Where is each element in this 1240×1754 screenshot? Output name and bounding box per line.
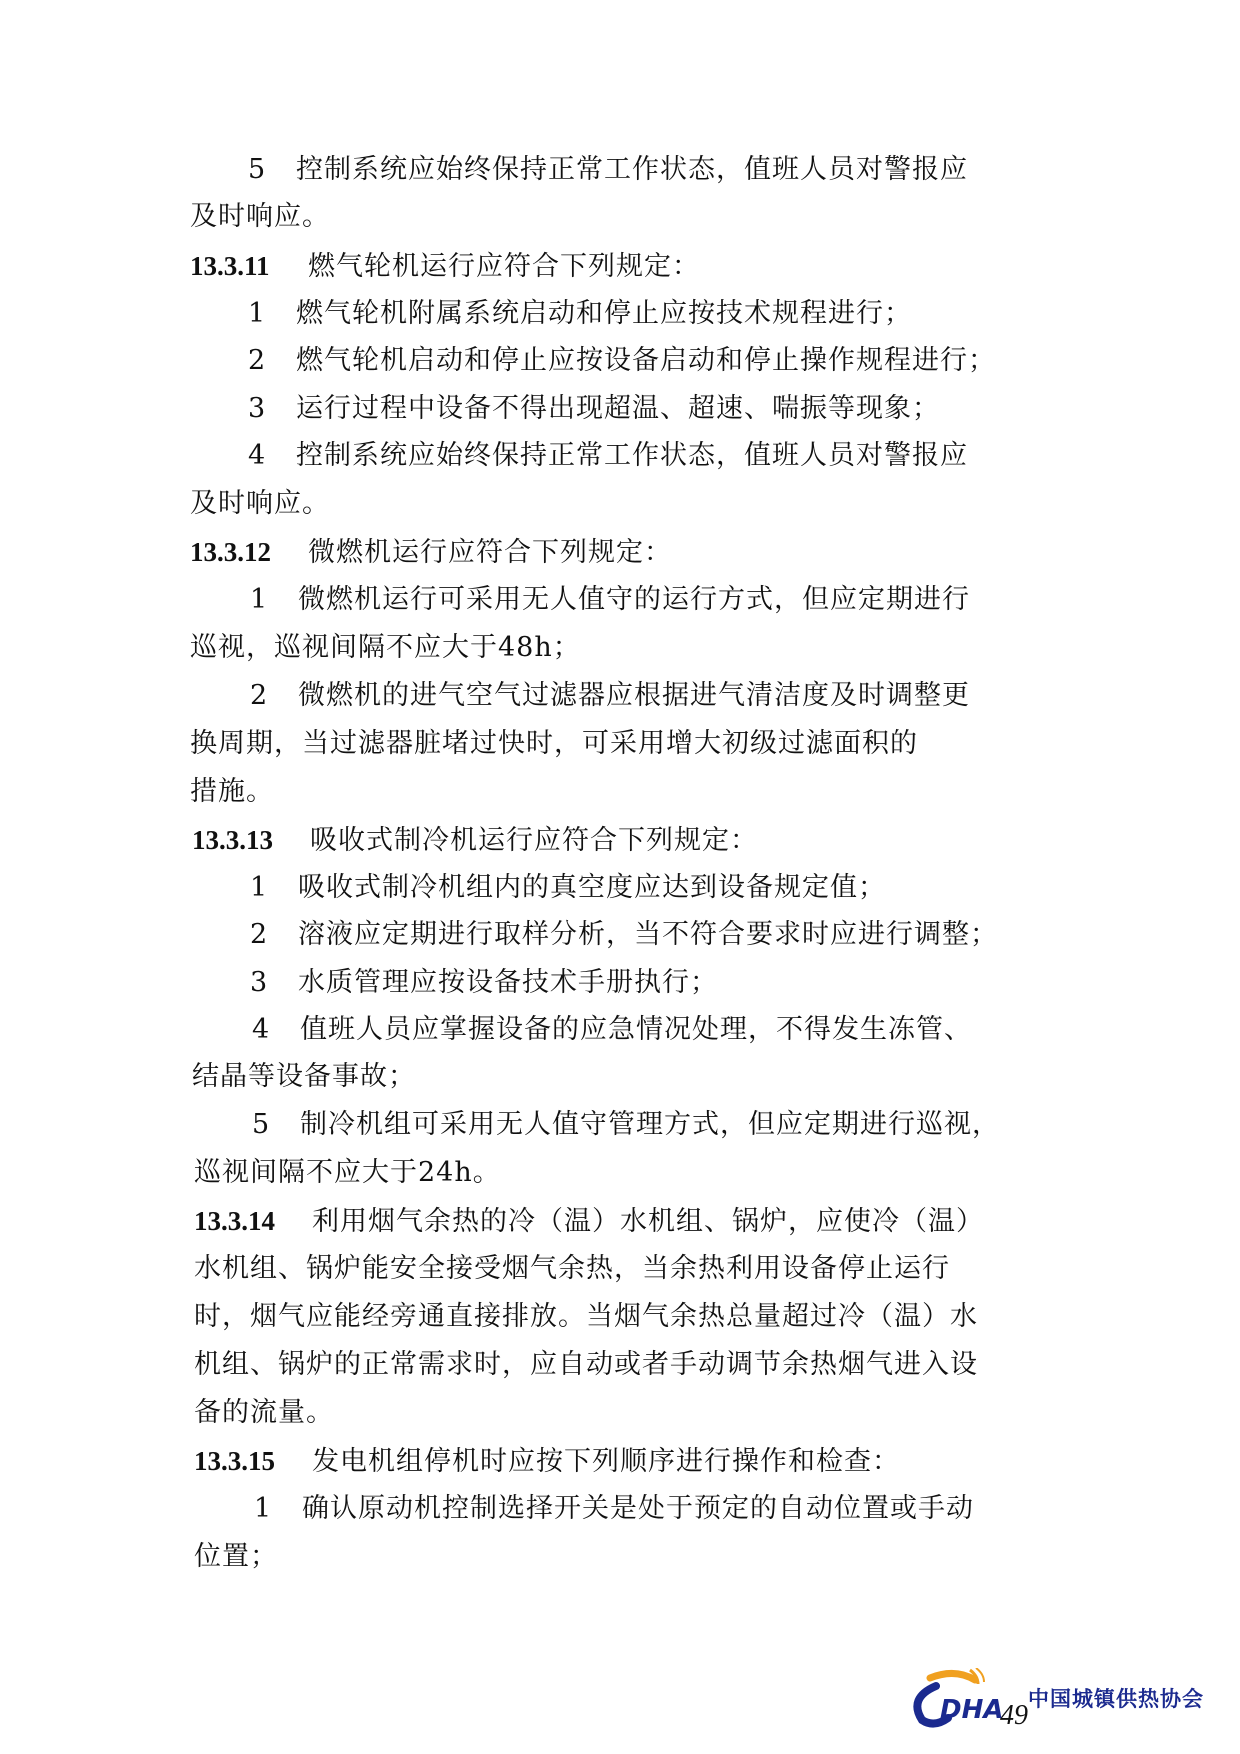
line-text: 确认原动机控制选择开关是处于预定的自动位置或手动: [302, 1493, 974, 1524]
continuation-line: 换周期，当过滤器脏堵过快时，可采用增大初级过滤面积的: [190, 726, 918, 762]
clause-line: 13.3.14利用烟气余热的冷（温）水机组、锅炉，应使冷（温）: [194, 1203, 984, 1240]
line-text: 微燃机运行可采用无人值守的运行方式，但应定期进行: [298, 584, 970, 615]
clause-line: 13.3.13吸收式制冷机运行应符合下列规定：: [192, 822, 758, 859]
clause-number: 13.3.12: [190, 534, 308, 570]
item-number: 4: [248, 438, 296, 474]
line-text: 巡视，巡视间隔不应大于48h；: [190, 632, 581, 663]
item-number: 2: [250, 678, 298, 714]
item-number: 3: [248, 391, 296, 427]
svg-text:DHA: DHA: [940, 1695, 1003, 1725]
item-number: 4: [252, 1012, 300, 1048]
line-text: 备的流量。: [194, 1397, 334, 1428]
line-text: 运行过程中设备不得出现超温、超速、喘振等现象；: [296, 393, 940, 424]
clause-number: 13.3.13: [192, 822, 310, 858]
clause-number: 13.3.14: [194, 1203, 312, 1239]
line-text: 机组、锅炉的正常需求时，应自动或者手动调节余热烟气进入设: [194, 1349, 978, 1380]
line-text: 值班人员应掌握设备的应急情况处理，不得发生冻管、: [300, 1014, 972, 1045]
item-number: 1: [248, 296, 296, 332]
line-text: 燃气轮机附属系统启动和停止应按技术规程进行；: [296, 298, 912, 329]
line-text: 巡视间隔不应大于24h。: [194, 1157, 501, 1188]
line-text: 换周期，当过滤器脏堵过快时，可采用增大初级过滤面积的: [190, 728, 918, 759]
clause-line: 13.3.11燃气轮机运行应符合下列规定：: [190, 248, 700, 285]
item-number: 3: [250, 965, 298, 1001]
line-text: 溶液应定期进行取样分析，当不符合要求时应进行调整；: [298, 919, 998, 950]
line-text: 及时响应。: [190, 201, 330, 232]
item-number: 1: [250, 582, 298, 618]
continuation-line: 及时响应。: [190, 486, 330, 522]
line-text: 微燃机运行应符合下列规定：: [308, 537, 672, 568]
list-item-line: 1吸收式制冷机组内的真空度应达到设备规定值；: [250, 870, 886, 906]
line-text: 位置；: [194, 1541, 278, 1572]
list-item-line: 5制冷机组可采用无人值守管理方式，但应定期进行巡视，: [252, 1107, 1000, 1143]
association-name: 中国城镇供热协会: [1028, 1683, 1204, 1713]
list-item-line: 5控制系统应始终保持正常工作状态，值班人员对警报应: [248, 152, 968, 188]
continuation-line: 备的流量。: [194, 1395, 334, 1431]
line-text: 结晶等设备事故；: [192, 1061, 416, 1092]
item-number: 1: [254, 1491, 302, 1527]
continuation-line: 及时响应。: [190, 199, 330, 235]
list-item-line: 1确认原动机控制选择开关是处于预定的自动位置或手动: [254, 1491, 974, 1527]
list-item-line: 3水质管理应按设备技术手册执行；: [250, 965, 718, 1001]
line-text: 燃气轮机启动和停止应按设备启动和停止操作规程进行；: [296, 345, 996, 376]
line-text: 燃气轮机运行应符合下列规定：: [308, 251, 700, 282]
item-number: 2: [250, 917, 298, 953]
line-text: 措施。: [190, 776, 274, 807]
list-item-line: 2燃气轮机启动和停止应按设备启动和停止操作规程进行；: [248, 343, 996, 379]
line-text: 控制系统应始终保持正常工作状态，值班人员对警报应: [296, 154, 968, 185]
line-text: 及时响应。: [190, 488, 330, 519]
list-item-line: 2溶液应定期进行取样分析，当不符合要求时应进行调整；: [250, 917, 998, 953]
list-item-line: 4值班人员应掌握设备的应急情况处理，不得发生冻管、: [252, 1012, 972, 1048]
continuation-line: 位置；: [194, 1539, 278, 1575]
continuation-line: 机组、锅炉的正常需求时，应自动或者手动调节余热烟气进入设: [194, 1347, 978, 1383]
line-text: 时，烟气应能经旁通直接排放。当烟气余热总量超过冷（温）水: [194, 1301, 978, 1332]
line-text: 吸收式制冷机组内的真空度应达到设备规定值；: [298, 872, 886, 903]
item-number: 5: [252, 1107, 300, 1143]
list-item-line: 4控制系统应始终保持正常工作状态，值班人员对警报应: [248, 438, 968, 474]
continuation-line: 巡视，巡视间隔不应大于48h；: [190, 630, 581, 666]
clause-number: 13.3.11: [190, 248, 308, 284]
line-text: 水机组、锅炉能安全接受烟气余热，当余热利用设备停止运行: [194, 1253, 950, 1284]
continuation-line: 水机组、锅炉能安全接受烟气余热，当余热利用设备停止运行: [194, 1251, 950, 1287]
item-number: 5: [248, 152, 296, 188]
continuation-line: 时，烟气应能经旁通直接排放。当烟气余热总量超过冷（温）水: [194, 1299, 978, 1335]
continuation-line: 巡视间隔不应大于24h。: [194, 1155, 501, 1191]
line-text: 控制系统应始终保持正常工作状态，值班人员对警报应: [296, 440, 968, 471]
item-number: 1: [250, 870, 298, 906]
line-text: 吸收式制冷机运行应符合下列规定：: [310, 825, 758, 856]
item-number: 2: [248, 343, 296, 379]
list-item-line: 1微燃机运行可采用无人值守的运行方式，但应定期进行: [250, 582, 970, 618]
continuation-line: 结晶等设备事故；: [192, 1059, 416, 1095]
line-text: 水质管理应按设备技术手册执行；: [298, 967, 718, 998]
line-text: 利用烟气余热的冷（温）水机组、锅炉，应使冷（温）: [312, 1206, 984, 1237]
line-text: 微燃机的进气空气过滤器应根据进气清洁度及时调整更: [298, 680, 970, 711]
continuation-line: 措施。: [190, 774, 274, 810]
clause-line: 13.3.15发电机组停机时应按下列顺序进行操作和检查：: [194, 1443, 900, 1480]
list-item-line: 1燃气轮机附属系统启动和停止应按技术规程进行；: [248, 296, 912, 332]
clause-number: 13.3.15: [194, 1443, 312, 1479]
list-item-line: 2微燃机的进气空气过滤器应根据进气清洁度及时调整更: [250, 678, 970, 714]
line-text: 发电机组停机时应按下列顺序进行操作和检查：: [312, 1446, 900, 1477]
clause-line: 13.3.12微燃机运行应符合下列规定：: [190, 534, 672, 571]
line-text: 制冷机组可采用无人值守管理方式，但应定期进行巡视，: [300, 1109, 1000, 1140]
list-item-line: 3运行过程中设备不得出现超温、超速、喘振等现象；: [248, 391, 940, 427]
